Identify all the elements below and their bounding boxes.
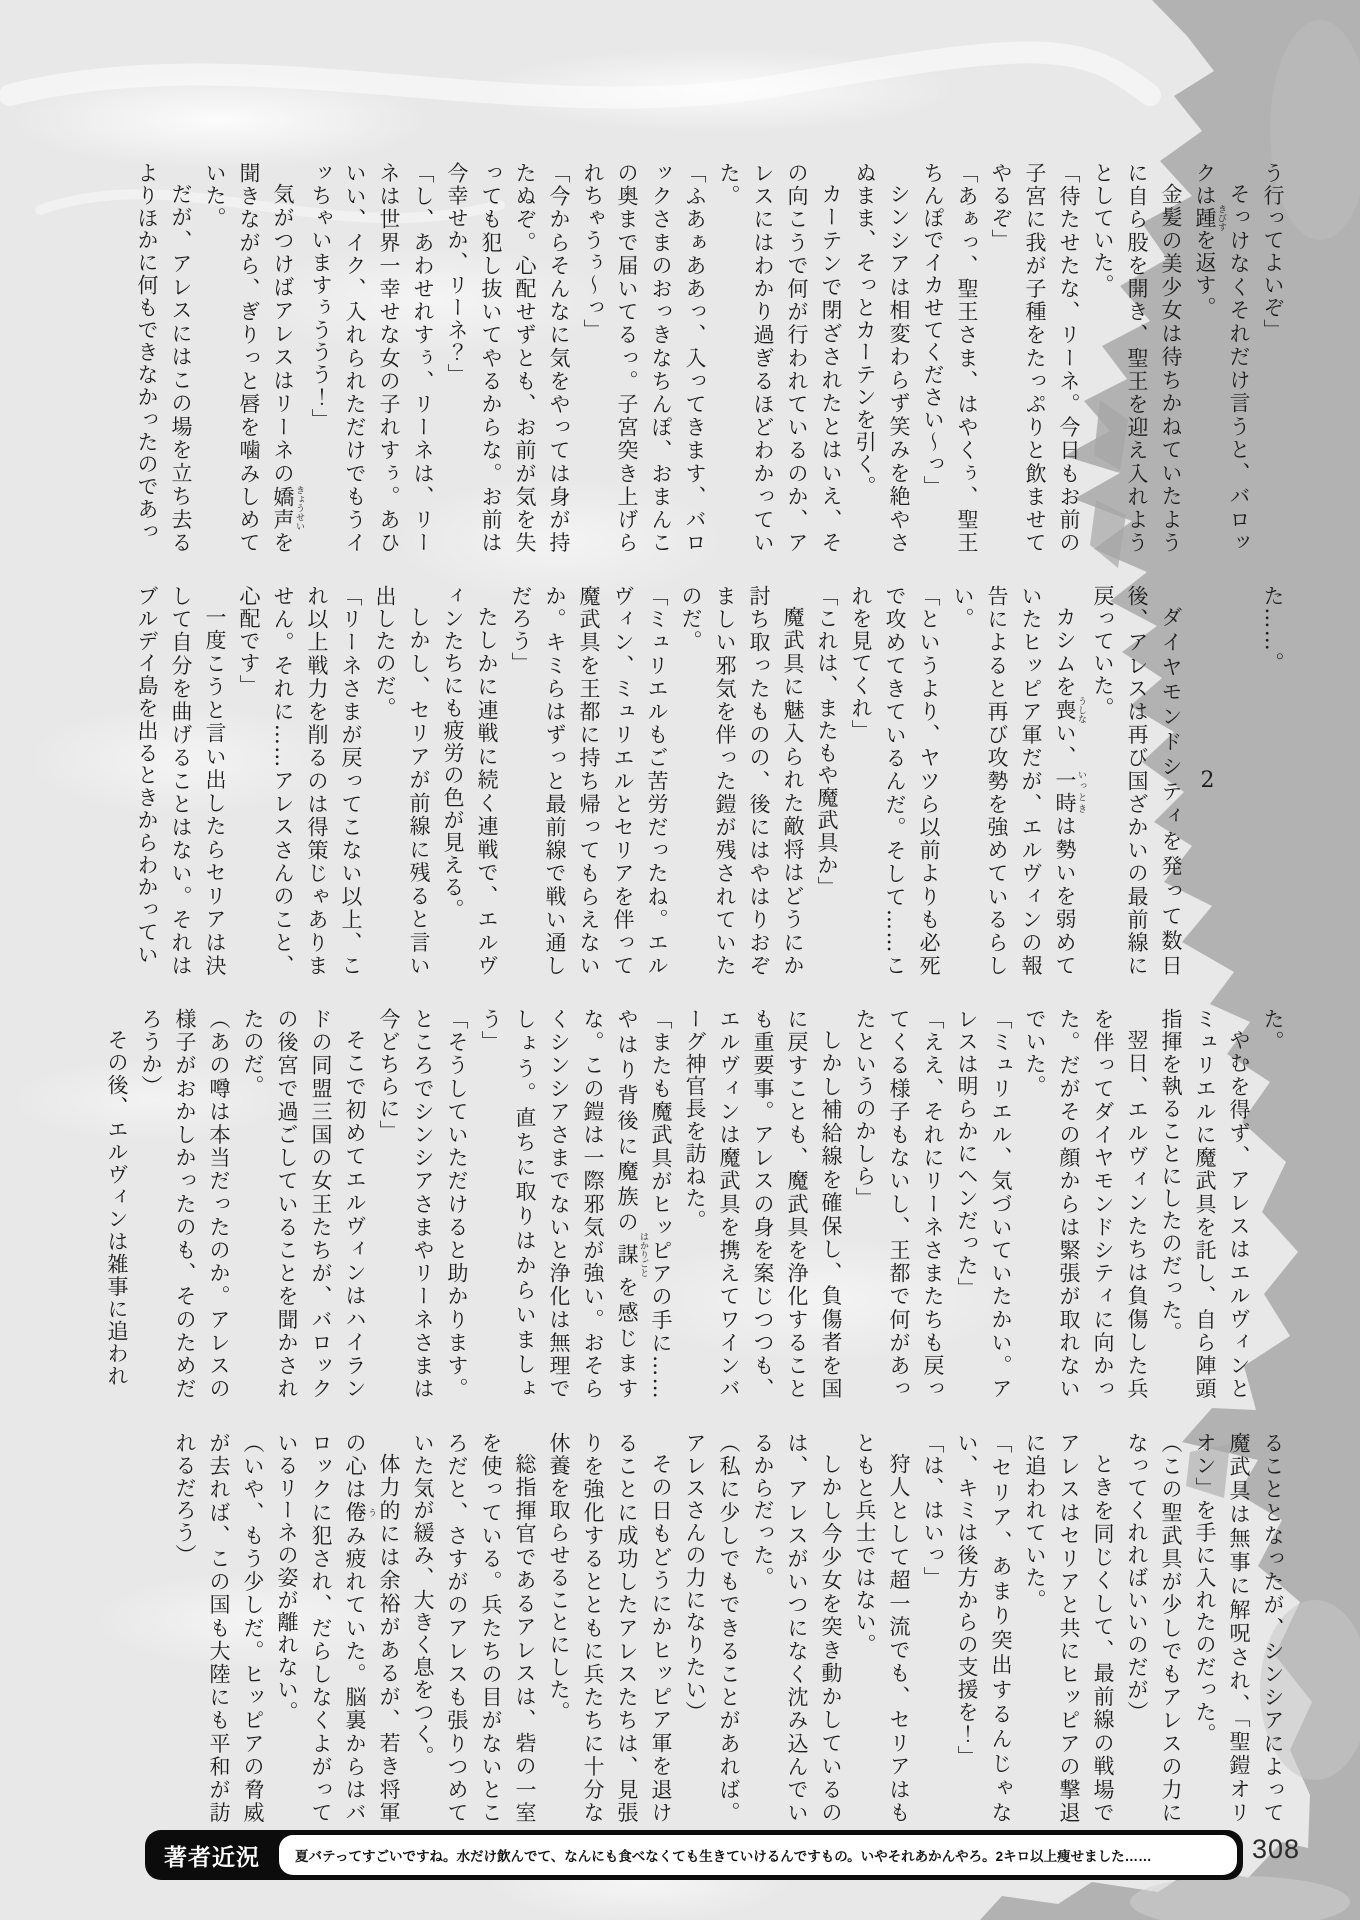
paragraph: 「セリア、あまり突出するんじゃない、キミは後方からの支援を！」 <box>950 1432 1018 1824</box>
author-note-text: 夏バテってすごいですね。水だけ飲んでて、なんにも食べなくても生きていけるんですも… <box>295 1845 1152 1865</box>
author-note-label: 著者近況 <box>145 1830 279 1880</box>
text-band: う行ってよいぞ」そっけなくそれだけ言うと、バロックは踵きびすを返す。金髪の美少女… <box>98 162 1290 554</box>
paragraph: ときを同じくして、最前線の戦場でアレスはセリアと共にヒッピアの撃退に追われていた… <box>1018 1432 1120 1824</box>
author-note-box: 夏バテってすごいですね。水だけ飲んでて、なんにも食べなくても生きていけるんですも… <box>279 1835 1237 1875</box>
paragraph: 翌日、エルヴィンたちは負傷した兵を伴ってダイヤモンドシティに向かった。だがその顔… <box>1018 1008 1154 1400</box>
paragraph: （私に少しでもできることがあれば。アレスさんの力になりたい） <box>678 1432 746 1824</box>
paragraph: う行ってよいぞ」 <box>1256 162 1290 554</box>
paragraph: 狩人として超一流でも、セリアはもともと兵士ではない。 <box>848 1432 916 1824</box>
paragraph: だが、アレスにはこの場を立ち去るよりほかに何もできなかったのであっ <box>130 162 198 554</box>
paragraph: その日もどうにかヒッピア軍を退けることに成功したアレスたちは、見張りを強化すると… <box>542 1432 678 1824</box>
paragraph: 「というより、ヤツら以前よりも必死で攻めてきているんだ。そして……これを見てくれ… <box>844 585 946 977</box>
text-band: た……。2ダイヤモンドシティを発って数日後、アレスは再び国ざかいの最前線に戻って… <box>98 585 1290 977</box>
paragraph: た……。 <box>1256 585 1290 977</box>
paragraph: 魔武具に魅入られた敵将はどうにか討ち取ったものの、後にはやはりおぞましい邪気を伴… <box>674 585 810 977</box>
paragraph: 一度こうと言い出したらセリアは決して自分を曲げることはない。それはブルデイ島を出… <box>130 585 232 977</box>
paragraph: 「ミュリエルもご苦労だったね。エルヴィン、ミュリエルとセリアを伴って魔武具を王都… <box>504 585 674 977</box>
paragraph: しかし、セリアが前線に残ると言い出したのだ。 <box>368 585 436 977</box>
paragraph: 「ふあぁああっ、入ってきます、バロックさまのおっきなちんぽ、おまんこの奥まで届い… <box>576 162 712 554</box>
paragraph: その後、エルヴィンは雑事に追われ <box>100 1008 134 1400</box>
paragraph: 「リーネさまが戻ってこない以上、これ以上戦力を削るのは得策じゃありません。それに… <box>232 585 368 977</box>
paragraph: 「し、あわせれすぅ、リーネは、リーネは世界一幸せな女の子れすぅ。あひいい、イク、… <box>304 162 440 554</box>
paragraph: しかし補給線を確保し、負傷者を国に戻すことも、魔武具を浄化することも重要事。アレ… <box>678 1008 848 1400</box>
paragraph: 「今からそんなに気をやっては身が持たぬぞ。心配せずとも、お前が気を失っても犯し抜… <box>440 162 576 554</box>
paragraph: そっけなくそれだけ言うと、バロックは踵きびすを返す。 <box>1188 162 1256 554</box>
paragraph: 「そうしていただけると助かります。ところでシンシアさまやリーネさまは今どちらに」 <box>372 1008 474 1400</box>
paragraph: 総指揮官であるアレスは、砦の一室を使っている。兵たちの目がないところだと、さすが… <box>406 1432 542 1824</box>
paragraph: やむを得ず、アレスはエルヴィンとミュリエルに魔武具を託し、自ら陣頭指揮を執ること… <box>1154 1008 1256 1400</box>
paragraph: 「ミュリエル、気づいていたかい。アレスは明らかにヘンだった」 <box>950 1008 1018 1400</box>
novel-page: う行ってよいぞ」そっけなくそれだけ言うと、バロックは踵きびすを返す。金髪の美少女… <box>0 0 1360 1920</box>
paragraph: しかし今少女を突き動かしているのは、アレスがいつになく沈み込んでいるからだった。 <box>746 1432 848 1824</box>
text-band: ることとなったが、シンシアによって魔武具は無事に解呪され、「聖鎧オリオン」を手に… <box>98 1432 1290 1824</box>
paragraph: 「待たせたな、リーネ。今日もお前の子宮に我が子種をたっぷりと飲ませてやるぞ」 <box>984 162 1086 554</box>
paragraph: 「ええ、それにリーネさまたちも戻ってくる様子もないし、王都で何があったというのか… <box>848 1008 950 1400</box>
paragraph: （あの噂は本当だったのか。アレスの様子がおかしかったのも、そのためだろうか） <box>134 1008 236 1400</box>
paragraph: 「は、はいっ」 <box>916 1432 950 1824</box>
paragraph: 「これは、またもや魔武具か」 <box>810 585 844 977</box>
paragraph: ダイヤモンドシティを発って数日後、アレスは再び国ざかいの最前線に戻っていた。 <box>1086 585 1188 977</box>
paragraph: 「あぁっ、聖王さま、はやくぅ、聖王ちんぽでイカせてください～っ」 <box>916 162 984 554</box>
paragraph: た。 <box>1256 1008 1290 1400</box>
page-number: 308 <box>1252 1834 1300 1865</box>
paragraph: シンシアは相変わらず笑みを絶やさぬまま、そっとカーテンを引く。 <box>848 162 916 554</box>
paragraph: 金髪の美少女は待ちかねていたように自ら股を開き、聖王を迎え入れようとしていた。 <box>1086 162 1188 554</box>
paragraph: カシムを喪うしない、一時いっときは勢いを弱めていたヒッピア軍だが、エルヴィンの報… <box>946 585 1086 977</box>
author-note-bar: 著者近況 夏バテってすごいですね。水だけ飲んでて、なんにも食べなくても生きていけ… <box>145 1830 1243 1880</box>
text-band: た。やむを得ず、アレスはエルヴィンとミュリエルに魔武具を託し、自ら陣頭指揮を執る… <box>98 1008 1290 1400</box>
section-number: 2 <box>1190 585 1224 977</box>
paragraph: （この聖武具が少しでもアレスの力になってくれればいいのだが） <box>1120 1432 1188 1824</box>
paragraph: そこで初めてエルヴィンはハイランドの同盟三国の女王たちが、バロックの後宮で過ごし… <box>236 1008 372 1400</box>
paragraph: 「またも魔武具がヒッピアの手に……やはり背後に魔族の謀はかりごとを感じますな。こ… <box>474 1008 678 1400</box>
paragraph: たしかに連戦に続く連戦で、エルヴィンたちにも疲労の色が見える。 <box>436 585 504 977</box>
paragraph: （いや、もう少しだ。ヒッピアの脅威が去れば、この国も大陸にも平和が訪れるだろう） <box>168 1432 270 1824</box>
paragraph: 体力的には余裕があるが、若き将軍の心は倦うみ疲れていた。脳裏からはバロックに犯さ… <box>270 1432 406 1824</box>
paragraph: ることとなったが、シンシアによって魔武具は無事に解呪され、「聖鎧オリオン」を手に… <box>1188 1432 1290 1824</box>
paragraph: 気がつけばアレスはリーネの嬌声きょうせいを聞きながら、ぎりっと唇を噛みしめていた… <box>198 162 304 554</box>
paragraph: カーテンで閉ざされたとはいえ、その向こうで何が行われているのか、アレスにはわかり… <box>712 162 848 554</box>
